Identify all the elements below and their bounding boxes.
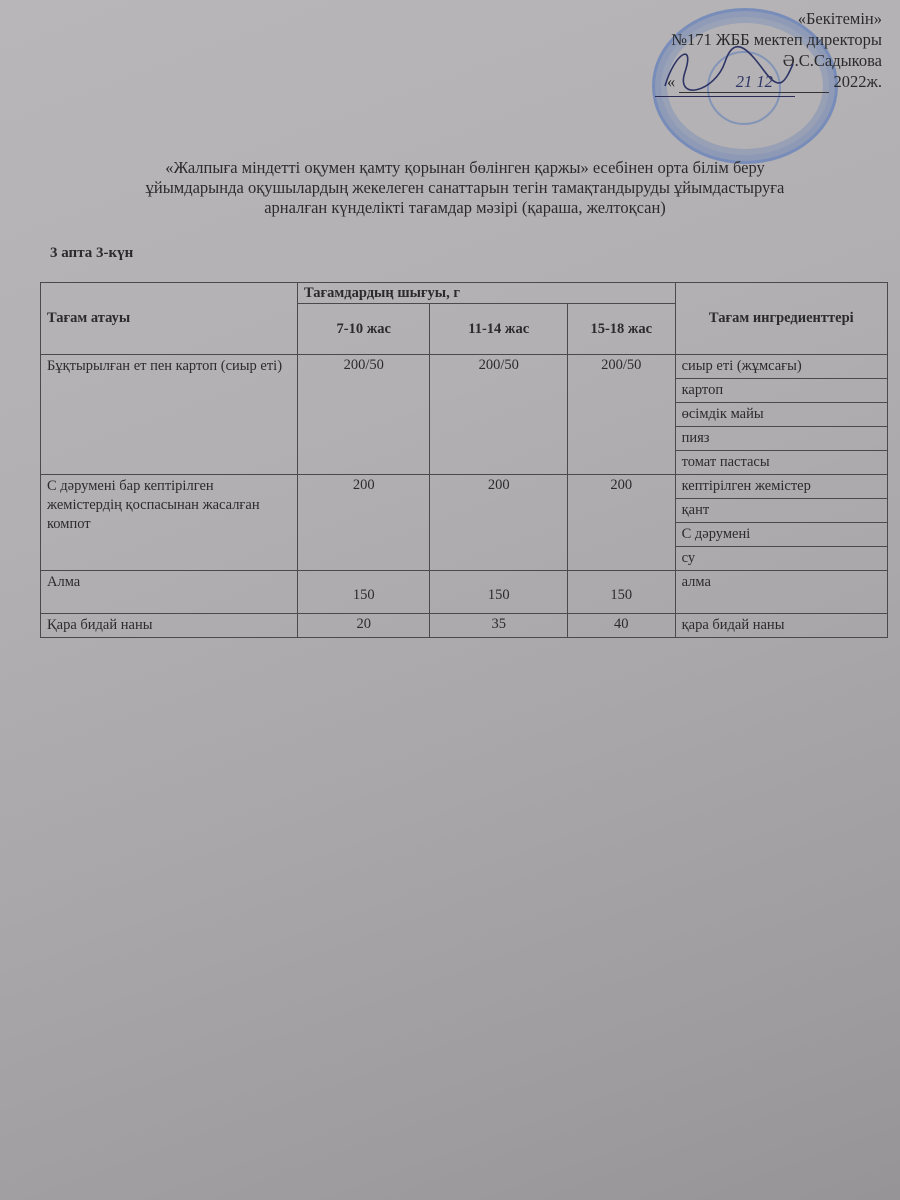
title-line-1: «Жалпыға міндетті оқумен қамту қорынан б… bbox=[40, 158, 890, 178]
table-row: Қара бидай наны 20 35 40 қара бидай наны bbox=[41, 614, 888, 638]
day-label: 3 апта 3-күн bbox=[50, 245, 133, 262]
portion-15-18: 200/50 bbox=[567, 355, 675, 475]
header-age-7-10: 7-10 жас bbox=[297, 304, 430, 355]
ingredient: су bbox=[675, 547, 887, 571]
ingredient: С дәрумені bbox=[675, 523, 887, 547]
header-age-11-14: 11-14 жас bbox=[430, 304, 567, 355]
portion-7-10: 20 bbox=[297, 614, 430, 638]
header-output-group: Тағамдардың шығуы, г bbox=[297, 283, 675, 304]
portion-11-14: 35 bbox=[430, 614, 567, 638]
menu-table: Тағам атауы Тағамдардың шығуы, г Тағам и… bbox=[40, 282, 888, 638]
portion-15-18: 200 bbox=[567, 475, 675, 571]
approval-date-year: 2022ж. bbox=[833, 72, 882, 91]
ingredient: кептірілген жемістер bbox=[675, 475, 887, 499]
table-row: Алма 150 150 150 алма bbox=[41, 571, 888, 614]
portion-15-18: 40 bbox=[567, 614, 675, 638]
ingredient: қант bbox=[675, 499, 887, 523]
portion-7-10: 200 bbox=[297, 475, 430, 571]
ingredient: пияз bbox=[675, 427, 887, 451]
approval-heading: «Бекітемін» bbox=[667, 8, 882, 29]
header-dish-name: Тағам атауы bbox=[41, 283, 298, 355]
portion-11-14: 200 bbox=[430, 475, 567, 571]
portion-7-10: 200/50 bbox=[297, 355, 430, 475]
signature-scribble-icon bbox=[655, 42, 795, 98]
document-title: «Жалпыға міндетті оқумен қамту қорынан б… bbox=[40, 158, 890, 218]
dish-name: Алма bbox=[41, 571, 298, 614]
portion-11-14: 150 bbox=[430, 571, 567, 614]
dish-name: С дәрумені бар кептірілген жемістердің қ… bbox=[41, 475, 298, 571]
title-line-3: арналған күнделікті тағамдар мәзірі (қар… bbox=[40, 198, 890, 218]
table-row: С дәрумені бар кептірілген жемістердің қ… bbox=[41, 475, 888, 499]
header-ingredients: Тағам ингредиенттері bbox=[675, 283, 887, 355]
header-age-15-18: 15-18 жас bbox=[567, 304, 675, 355]
ingredient: қара бидай наны bbox=[675, 614, 887, 638]
dish-name: Қара бидай наны bbox=[41, 614, 298, 638]
dish-name: Бұқтырылған ет пен картоп (сиыр еті) bbox=[41, 355, 298, 475]
signature bbox=[655, 62, 795, 97]
title-line-2: ұйымдарында оқушылардың жекелеген санатт… bbox=[40, 178, 890, 198]
ingredient: өсімдік майы bbox=[675, 403, 887, 427]
portion-7-10: 150 bbox=[297, 571, 430, 614]
ingredient: картоп bbox=[675, 379, 887, 403]
ingredient: алма bbox=[675, 571, 887, 614]
portion-11-14: 200/50 bbox=[430, 355, 567, 475]
table-row: Бұқтырылған ет пен картоп (сиыр еті) 200… bbox=[41, 355, 888, 379]
ingredient: сиыр еті (жұмсағы) bbox=[675, 355, 887, 379]
ingredient: томат пастасы bbox=[675, 451, 887, 475]
portion-15-18: 150 bbox=[567, 571, 675, 614]
